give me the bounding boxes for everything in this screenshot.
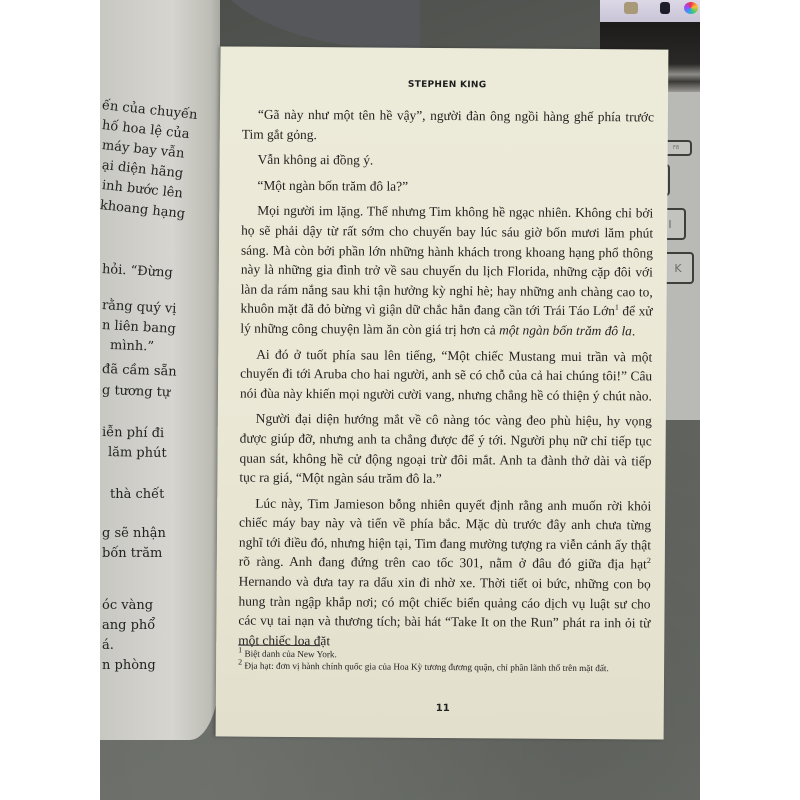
page-number: 11 bbox=[238, 702, 648, 716]
left-page-line: iễn phí đi bbox=[102, 425, 164, 441]
footnote: 2 Địa hạt: đơn vị hành chính quốc gia củ… bbox=[238, 660, 658, 674]
left-page-line: hỏi. “Đừng bbox=[102, 262, 174, 281]
left-page: ến của chuyến hố hoa lệ của máy bay vẫn … bbox=[100, 0, 220, 740]
body-text: “Gã này như một tên hề vậy”, người đàn ô… bbox=[238, 105, 654, 659]
footnotes: 1 Biệt danh của New York. 2 Địa hạt: đơn… bbox=[238, 649, 658, 675]
left-page-line: ang phổ bbox=[102, 618, 155, 633]
left-page-line: óc vàng bbox=[102, 598, 153, 613]
left-page-line: n phòng bbox=[102, 658, 156, 673]
left-page-line: á. bbox=[102, 638, 114, 653]
left-page-line: inh bước lên bbox=[101, 178, 183, 201]
footnote-number: 2 bbox=[238, 657, 242, 666]
l-icon bbox=[660, 2, 670, 14]
paragraph: Lúc này, Tim Jamieson bỗng nhiên quyết đ… bbox=[238, 493, 651, 653]
paragraph-text: . bbox=[632, 323, 635, 338]
paragraph: Ai đó ở tuốt phía sau lên tiếng, “Một ch… bbox=[240, 344, 652, 406]
footnote-ref: 2 bbox=[647, 556, 651, 565]
paragraph: Vẫn không ai đồng ý. bbox=[242, 150, 654, 172]
left-page-line: lăm phút bbox=[108, 445, 167, 461]
left-page-line: rằng quý vị bbox=[102, 298, 177, 317]
left-page-line: đã cầm sẵn bbox=[102, 362, 177, 380]
italic-text: một ngàn bốn trăm đô la bbox=[499, 322, 632, 338]
left-page-line: bốn trăm bbox=[102, 546, 162, 561]
app-icon bbox=[624, 2, 638, 14]
footnote-text: Biệt danh của New York. bbox=[244, 649, 336, 660]
left-page-line: g tương tự bbox=[102, 383, 171, 400]
left-page-line: n liên bang bbox=[102, 318, 176, 337]
left-page-line: máy bay vẫn bbox=[101, 138, 185, 162]
left-page-line: ại diện hãng bbox=[101, 158, 184, 181]
paragraph: Mọi người im lặng. Thế nhưng Tim không h… bbox=[240, 201, 653, 341]
paragraph: Người đại diện hướng mắt về cô nàng tóc … bbox=[239, 409, 652, 490]
paragraph: “Gã này như một tên hề vậy”, người đàn ô… bbox=[242, 105, 654, 147]
right-page: STEPHEN KING “Gã này như một tên hề vậy”… bbox=[216, 46, 669, 739]
left-page-line: g sẽ nhận bbox=[102, 526, 166, 541]
running-head: STEPHEN KING bbox=[242, 79, 652, 92]
footnote-number: 1 bbox=[238, 646, 242, 655]
footnote-text: Địa hạt: đơn vị hành chính quốc gia của … bbox=[244, 660, 608, 673]
left-page-line: thà chết bbox=[110, 487, 164, 502]
paragraph-text: Mọi người im lặng. Thế nhưng Tim không h… bbox=[241, 203, 654, 318]
colorful-app-icon bbox=[684, 2, 698, 14]
left-page-line: mình.” bbox=[110, 338, 155, 355]
left-page-line: khoang hạng bbox=[100, 198, 186, 222]
paragraph-text: Hernando và đưa tay ra dấu xin đi nhờ xe… bbox=[238, 574, 651, 648]
paragraph-text: Lúc này, Tim Jamieson bỗng nhiên quyết đ… bbox=[239, 495, 652, 572]
paragraph: “Một ngàn bốn trăm đô la?” bbox=[241, 175, 653, 197]
laptop-screen-taskbar bbox=[600, 0, 700, 22]
